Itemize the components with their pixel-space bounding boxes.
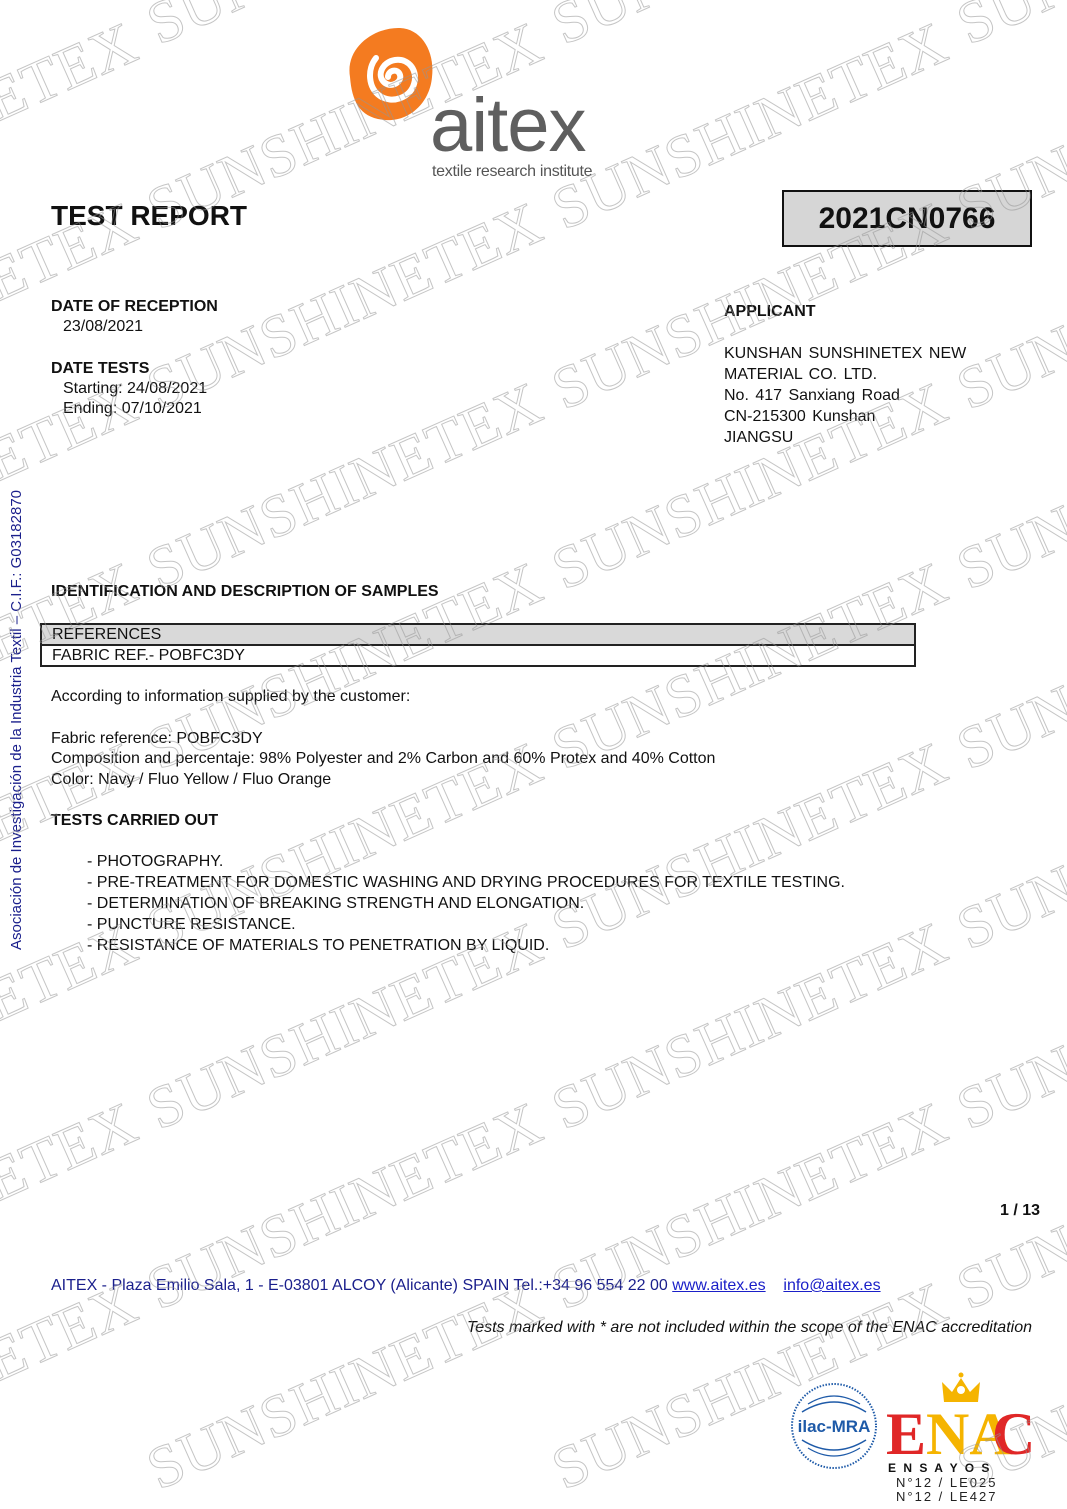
tests-section-title: TESTS CARRIED OUT — [51, 812, 218, 830]
list-item: - PUNCTURE RESISTANCE. — [87, 914, 845, 935]
footer-address: AITEX - Plaza Emilio Sala, 1 - E-03801 A… — [51, 1277, 881, 1295]
applicant-address: KUNSHAN SUNSHINETEX NEW MATERIAL CO. LTD… — [724, 343, 966, 448]
svg-text:C: C — [992, 1401, 1035, 1467]
ilac-mra-logo-icon: ilac-MRA — [790, 1382, 878, 1470]
watermark-text: SUNSHINETEX — [0, 0, 148, 59]
svg-text:N°12 / LE025: N°12 / LE025 — [896, 1475, 997, 1490]
logo-wordmark: aitex — [430, 88, 586, 164]
accreditation-note: Tests marked with * are not included wit… — [467, 1319, 1032, 1337]
svg-text:E N S A Y O S: E N S A Y O S — [888, 1461, 991, 1475]
report-number: 2021CN0766 — [782, 190, 1032, 247]
samples-section-title: IDENTIFICATION AND DESCRIPTION OF SAMPLE… — [51, 583, 439, 601]
date-of-reception-label: DATE OF RECEPTION — [51, 298, 218, 316]
applicant-line: No. 417 Sanxiang Road — [724, 385, 966, 406]
applicant-line: CN-215300 Kunshan — [724, 406, 966, 427]
fabric-color: Color: Navy / Fluo Yellow / Fluo Orange — [51, 771, 331, 789]
watermark-text: SUNSHINETEX — [947, 728, 1067, 964]
list-item: - PHOTOGRAPHY. — [87, 851, 845, 872]
footer-address-text: AITEX - Plaza Emilio Sala, 1 - E-03801 A… — [51, 1277, 668, 1294]
watermark-text: SUNSHINETEX — [137, 1268, 553, 1504]
logo-tagline: textile research institute — [432, 163, 592, 181]
page-title: TEST REPORT — [51, 200, 247, 232]
email-link[interactable]: info@aitex.es — [783, 1277, 880, 1294]
tests-list: - PHOTOGRAPHY. - PRE-TREATMENT FOR DOMES… — [87, 851, 845, 956]
applicant-line: MATERIAL CO. LTD. — [724, 364, 966, 385]
page-number: 1 / 13 — [1000, 1202, 1040, 1220]
watermark-text: SUNSHINETEX — [947, 0, 1067, 59]
list-item: - RESISTANCE OF MATERIALS TO PENETRATION… — [87, 935, 845, 956]
references-table: REFERENCES FABRIC REF.- POBFC3DY — [40, 623, 916, 667]
svg-text:ilac-MRA: ilac-MRA — [798, 1417, 871, 1436]
svg-text:N°12 / LE427: N°12 / LE427 — [896, 1489, 997, 1504]
watermark-text: SUNSHINETEX — [947, 908, 1067, 1144]
watermark-text: SUNSHINETEX — [947, 548, 1067, 784]
svg-text:E: E — [886, 1401, 926, 1467]
side-legal-text: Asociación de Investigación de la Indust… — [8, 490, 25, 950]
table-header-row: REFERENCES — [41, 624, 915, 645]
fabric-reference: Fabric reference: POBFC3DY — [51, 730, 263, 748]
enac-logo-icon: E NA C E N S A Y O S N°12 / LE025 N°12 /… — [886, 1372, 1036, 1504]
watermark-text: SUNSHINETEX — [0, 1268, 148, 1504]
date-tests-label: DATE TESTS — [51, 360, 149, 378]
website-link[interactable]: www.aitex.es — [672, 1277, 765, 1294]
list-item: - DETERMINATION OF BREAKING STRENGTH AND… — [87, 893, 845, 914]
applicant-label: APPLICANT — [724, 303, 816, 321]
table-row: FABRIC REF.- POBFC3DY — [41, 645, 915, 666]
applicant-line: JIANGSU — [724, 427, 966, 448]
date-tests-starting: Starting: 24/08/2021 — [63, 380, 207, 398]
customer-info-intro: According to information supplied by the… — [51, 688, 410, 706]
list-item: - PRE-TREATMENT FOR DOMESTIC WASHING AND… — [87, 872, 845, 893]
applicant-line: KUNSHAN SUNSHINETEX NEW — [724, 343, 966, 364]
date-of-reception-value: 23/08/2021 — [63, 318, 143, 336]
date-tests-ending: Ending: 07/10/2021 — [63, 400, 202, 418]
table-cell: FABRIC REF.- POBFC3DY — [41, 645, 915, 666]
fabric-composition: Composition and percentaje: 98% Polyeste… — [51, 750, 715, 768]
table-header-cell: REFERENCES — [41, 624, 915, 645]
